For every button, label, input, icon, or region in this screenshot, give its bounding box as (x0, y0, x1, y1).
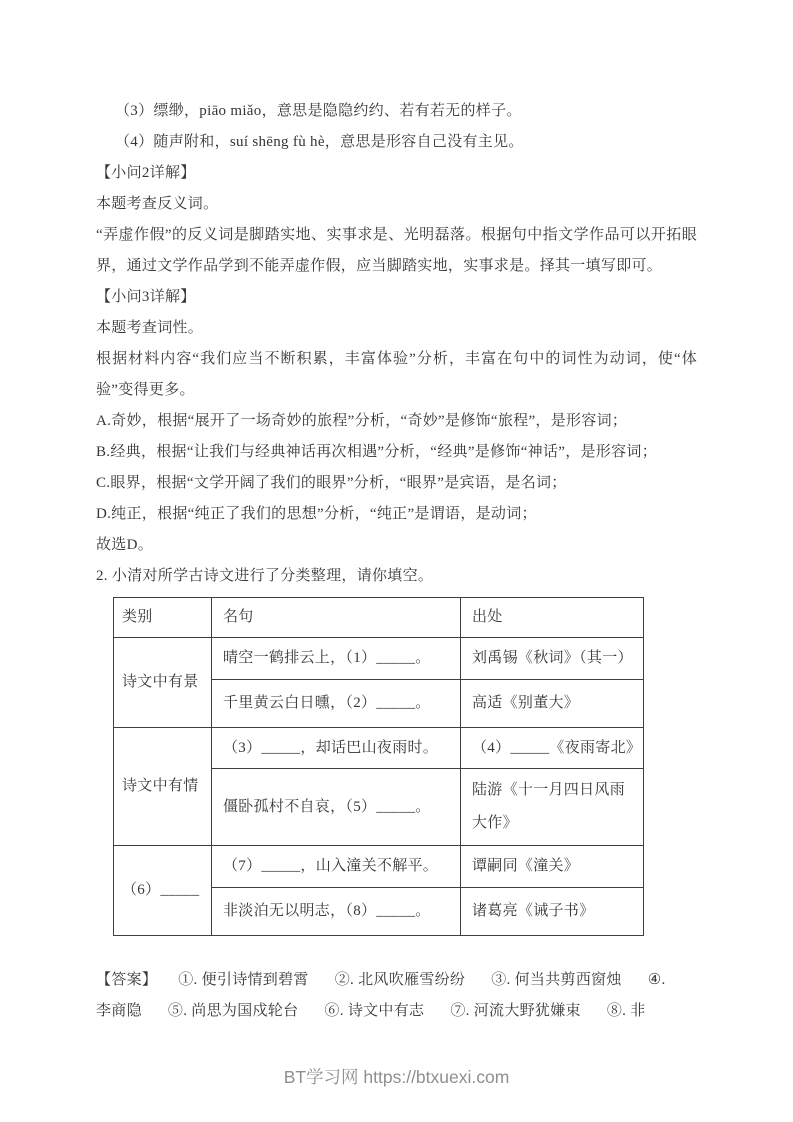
answer-item-3: ③. 何当共剪西窗烛 (491, 965, 622, 996)
answer-item-1: ①. 便引诗情到碧霄 (178, 965, 309, 996)
answer-label: 【答案】 (96, 965, 157, 996)
answer-line-1: 【答案】 ①. 便引诗情到碧霄 ②. 北风吹雁雪纷纷 ③. 何当共剪西窗烛 ④. (96, 965, 697, 996)
table-cell-sentence: 晴空一鹤排云上，（1）_____。 (212, 638, 461, 680)
table-row: 诗文中有景 晴空一鹤排云上，（1）_____。 刘禹锡《秋词》（其一） (114, 638, 644, 680)
document-page: （3）缥缈，piāo miǎo，意思是隐隐约约、若有若无的样子。 （4）随声附和… (0, 0, 793, 1122)
line-analysis-antonym: 本题考查反义词。 (96, 189, 697, 220)
table-cell-sentence: （7）_____，山入潼关不解平。 (212, 846, 461, 888)
table-cell-source: 陆游《十一月四日风雨大作》 (461, 769, 644, 846)
table-cell-category-blank-6: （6）_____ (114, 846, 212, 936)
answer-section: 【答案】 ①. 便引诗情到碧霄 ②. 北风吹雁雪纷纷 ③. 何当共剪西窗烛 ④.… (96, 965, 697, 1027)
para-pos-explanation: 根据材料内容“我们应当不断积累，丰富体验”分析，丰富在句中的词性为动词，使“体验… (96, 344, 697, 406)
watermark: BT学习网 https://btxuexi.com (0, 1064, 793, 1090)
table-cell-sentence: 僵卧孤村不自哀，（5）_____。 (212, 769, 461, 846)
document-content: （3）缥缈，piāo miǎo，意思是隐隐约约、若有若无的样子。 （4）随声附和… (96, 96, 697, 1027)
answer-item-4-num: ④. (648, 965, 666, 996)
heading-subquestion-2: 【小问2详解】 (96, 158, 697, 189)
table-header-sentence: 名句 (212, 598, 461, 638)
line-conclusion: 故选D。 (96, 530, 697, 561)
heading-subquestion-3: 【小问3详解】 (96, 282, 697, 313)
answer-item-8: ⑧. 非 (607, 996, 646, 1027)
table-header-row: 类别 名句 出处 (114, 598, 644, 638)
question-2-stem: 2. 小清对所学古诗文进行了分类整理，请你填空。 (96, 561, 697, 592)
table-cell-category-emotion: 诗文中有情 (114, 728, 212, 846)
line-option-c: C.眼界，根据“文学开阔了我们的眼界”分析，“眼界”是宾语，是名词； (96, 468, 697, 499)
watermark-text: BT学习网 https://btxuexi.com (284, 1067, 510, 1087)
line-option-a: A.奇妙，根据“展开了一场奇妙的旅程”分析，“奇妙”是修饰“旅程”，是形容词； (96, 406, 697, 437)
answer-item-4-text: 李商隐 (96, 996, 142, 1027)
para-antonym-explanation: “弄虚作假”的反义词是脚踏实地、实事求是、光明磊落。根据句中指文学作品可以开拓眼… (96, 220, 697, 282)
table-cell-category-scenery: 诗文中有景 (114, 638, 212, 728)
table-cell-source: （4）_____《夜雨寄北》 (461, 728, 644, 769)
line-option-d: D.纯正，根据“纯正了我们的思想”分析，“纯正”是谓语，是动词； (96, 499, 697, 530)
table-cell-source: 诸葛亮《诫子书》 (461, 888, 644, 936)
answer-line-2: 李商隐 ⑤. 尚思为国戍轮台 ⑥. 诗文中有志 ⑦. 河流大野犹嫌束 ⑧. 非 (96, 996, 697, 1027)
line-pinyin-4: （4）随声附和，suí shēng fù hè，意思是形容自己没有主见。 (96, 127, 697, 158)
answer-item-6: ⑥. 诗文中有志 (324, 996, 424, 1027)
table-row: 诗文中有情 （3）_____，却话巴山夜雨时。 （4）_____《夜雨寄北》 (114, 728, 644, 769)
table-cell-sentence: （3）_____，却话巴山夜雨时。 (212, 728, 461, 769)
line-option-b: B.经典，根据“让我们与经典神话再次相遇”分析，“经典”是修饰“神话”，是形容词… (96, 437, 697, 468)
answer-item-7: ⑦. 河流大野犹嫌束 (450, 996, 581, 1027)
line-analysis-pos: 本题考查词性。 (96, 313, 697, 344)
table-cell-source: 高适《别董大》 (461, 680, 644, 728)
answer-item-5: ⑤. 尚思为国戍轮台 (168, 996, 299, 1027)
table-header-category: 类别 (114, 598, 212, 638)
answer-item-2: ②. 北风吹雁雪纷纷 (335, 965, 466, 996)
table-cell-sentence: 非淡泊无以明志，（8）_____。 (212, 888, 461, 936)
table-cell-source: 谭嗣同《潼关》 (461, 846, 644, 888)
table-cell-sentence: 千里黄云白日曛，（2）_____。 (212, 680, 461, 728)
table-cell-source: 刘禹锡《秋词》（其一） (461, 638, 644, 680)
poetry-classification-table: 类别 名句 出处 诗文中有景 晴空一鹤排云上，（1）_____。 刘禹锡《秋词》… (113, 597, 644, 936)
table-header-source: 出处 (461, 598, 644, 638)
table-row: （6）_____ （7）_____，山入潼关不解平。 谭嗣同《潼关》 (114, 846, 644, 888)
line-pinyin-3: （3）缥缈，piāo miǎo，意思是隐隐约约、若有若无的样子。 (96, 96, 697, 127)
